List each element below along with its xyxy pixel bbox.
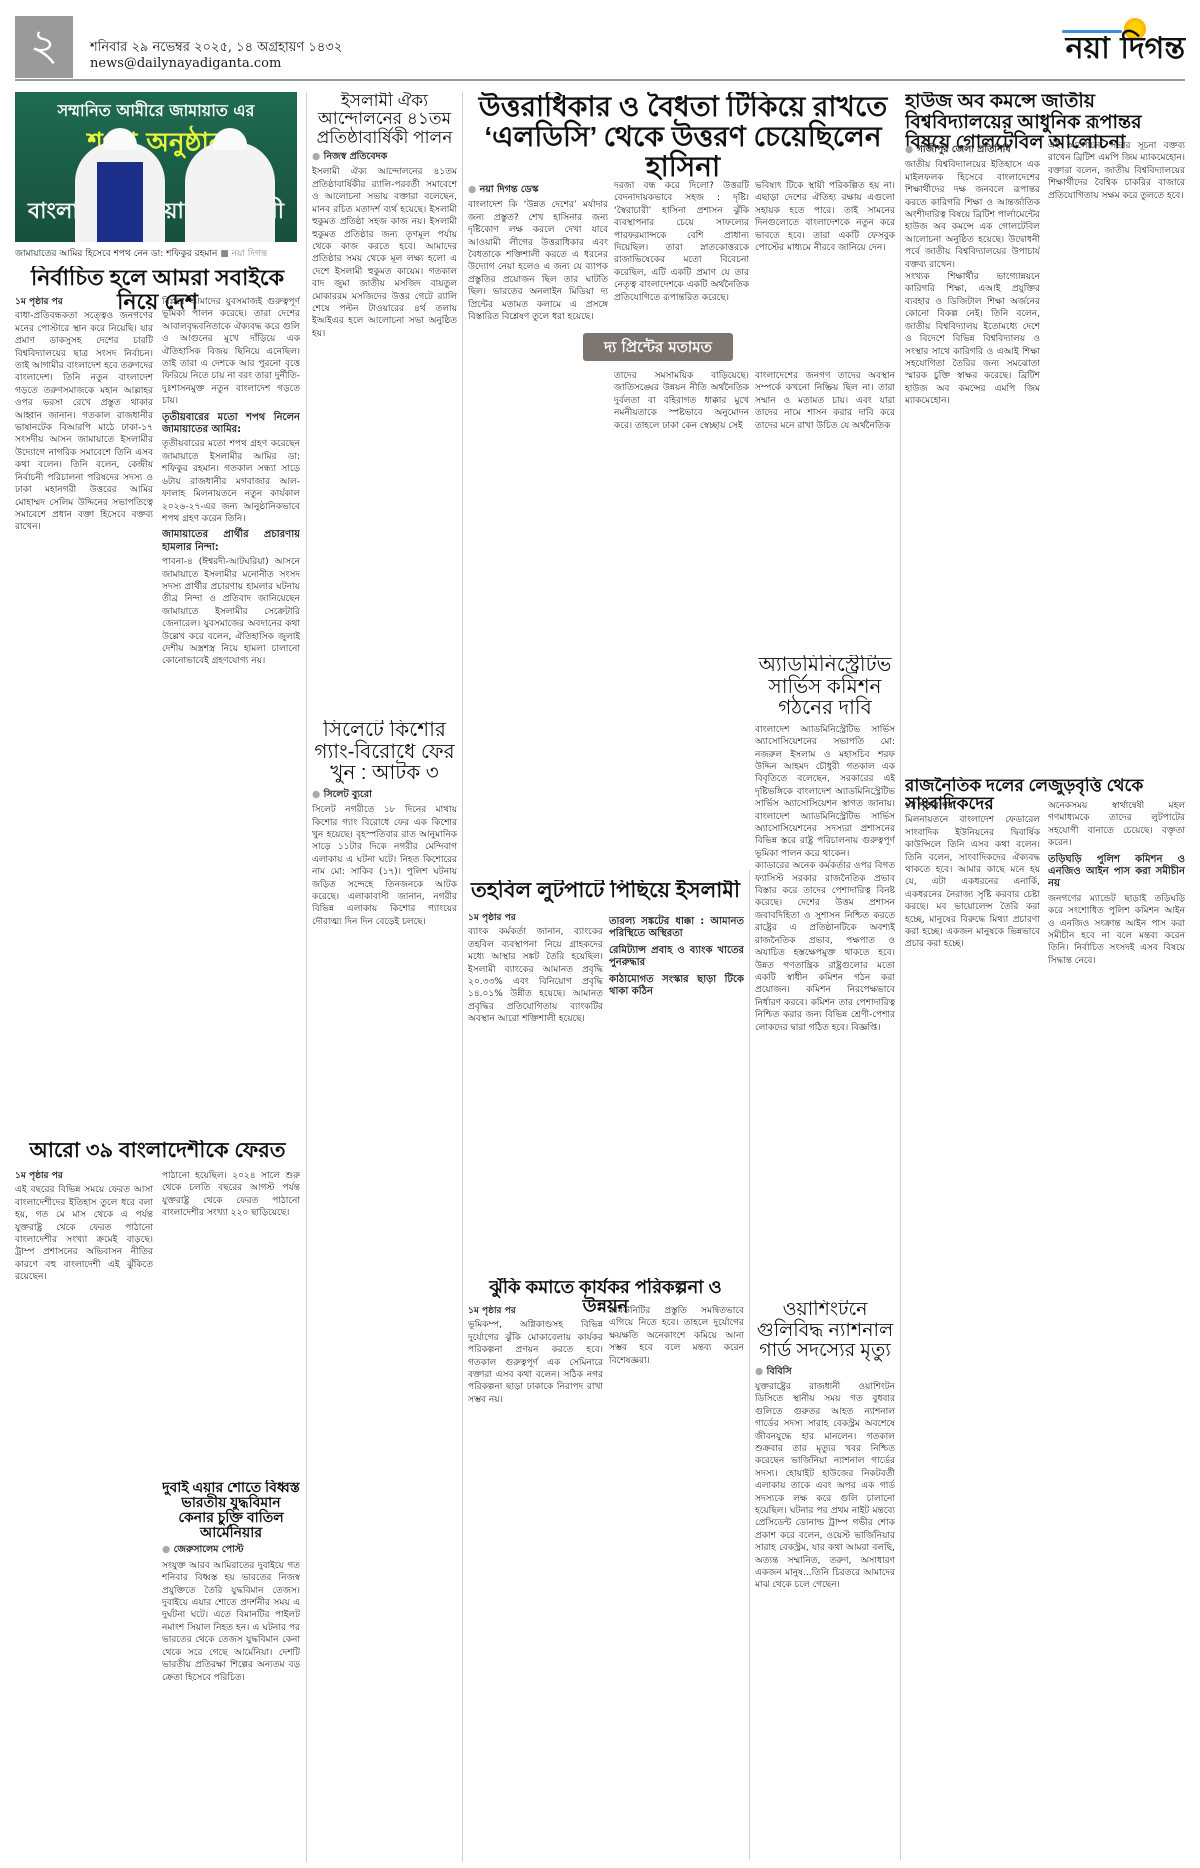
body-text: বাধা-প্রতিবন্ধকতা সত্ত্বেও জনগণের মনের প… (15, 310, 153, 533)
column-divider (749, 870, 750, 1860)
article-ldc[interactable]: উত্তরাধিকার ও বৈধতা টিকিয়ে রাখতে ‘এলডিস… (468, 92, 898, 183)
article-tohobil-col1: ১ম পৃষ্ঠার পর ব্যাংক কর্মকর্তা জানান, ব্… (468, 912, 603, 1267)
body-text: সিলেট নগরীতে ১৮ দিনের মাথায় কিশোর গ্যাং… (312, 804, 457, 928)
column-divider (306, 92, 307, 1862)
headline[interactable]: দুবাই এয়ার শোতে বিধ্বস্ত ভারতীয় যুদ্ধব… (162, 1480, 300, 1540)
body-text: কমিউনিটির প্রস্তুতি সমন্বিতভাবে এগিয়ে ন… (609, 1305, 744, 1367)
article-ldc-col3b: বাংলাদেশের জনগণ তাদের অবস্থান সম্পর্কে ক… (755, 370, 895, 650)
article-sangbadik-col2: অনেকসময় স্বার্থান্বেষী মহল গণমাধ্যমকে ত… (1048, 800, 1185, 1860)
body-text: বাংলাদেশের জনগণ তাদের অবস্থান সম্পর্কে ক… (755, 370, 895, 432)
body-text: সংযুক্ত আরব আমিরাতের দুবাইয়ে গত শনিবার … (162, 1560, 300, 1684)
article-admin-service[interactable]: অ্যাডমিনিস্ট্রেটিভ সার্ভিস কমিশন গঠনের দ… (755, 655, 895, 1295)
article-tohobil-col2: তারল্য সঙ্কটের ধাক্কা : আমানত পরিস্থিতে … (609, 912, 744, 1267)
byline: নিজস্ব প্রতিবেদক (312, 151, 457, 163)
subhead: তৃতীয়বারের মতো শপথ নিলেন জামায়াতের আমি… (162, 412, 300, 437)
byline: জেরুসালেম পোস্ট (162, 1544, 300, 1556)
body-text: এই বছরের বিভিন্ন সময়ে ফেরত আসা বাংলাদেশ… (15, 1184, 153, 1283)
subhead: রেমিট্যান্স প্রবাহ ও ব্যাংক খাতের পুনরুদ… (609, 945, 744, 970)
body-text: ব্যাংক কর্মকর্তা জানান, ব্যাংকের তহবিল ব… (468, 926, 603, 1025)
headline[interactable]: ওয়াশিংটনে গুলিবিদ্ধ ন্যাশনাল গার্ড সদস্… (755, 1300, 895, 1362)
headline[interactable]: সিলেটে কিশোর গ্যাং-বিরোধে ফের খুন : আটক … (312, 720, 457, 785)
article-islami-oikya[interactable]: ইসলামী ঐক্য আন্দোলনের ৪১তম প্রতিষ্ঠাবার্… (312, 92, 457, 712)
article-sangbadik-col1: ১ম পৃষ্ঠার পর মিলনায়তনে বাংলাদেশ ফেডারে… (905, 800, 1040, 1860)
body-text: তৃতীয়বারের মতো শপথ গ্রহণ করেছেন জামায়া… (162, 438, 300, 525)
kicker: ১ম পৃষ্ঠার পর (15, 1170, 153, 1182)
article-tejas[interactable]: দুবাই এয়ার শোতে বিধ্বস্ত ভারতীয় যুদ্ধব… (162, 1480, 300, 1860)
article-ldc-col3: ভবিষ্যৎ টিকে স্থায়ী পরিকল্পিত হয় না। এ… (755, 180, 895, 360)
article-ferot-col1: ১ম পৃষ্ঠার পর এই বছরের বিভিন্ন সময়ে ফের… (15, 1170, 153, 1860)
article-hoc-col2: এই আলোচনা সভার সূচনা বক্তব্য রাখেন ব্রিট… (1048, 140, 1185, 765)
headline[interactable]: আরো ৩৯ বাংলাদেশীকে ফেরত (15, 1140, 300, 1163)
body-text: জাতীয় বিশ্ববিদ্যালয়ের ইতিহাসে এক মাইলফ… (905, 159, 1040, 271)
article-ldc-col1: নয়া দিগন্ত ডেস্ক বাংলাদেশ কি ‘উন্নত দেশ… (468, 180, 608, 840)
body-text: সংখ্যক শিক্ষার্থীর ভাগ্যোন্নয়নে কারিগরি… (905, 271, 1040, 407)
body-text: বাংলাদেশ অ্যাডমিনিস্ট্রেটিভ সার্ভিস অ্যা… (755, 724, 895, 860)
photo-banner-line1: সম্মানিত আমীরে জামায়াত এর (15, 98, 297, 125)
body-text: পাঠানো হয়েছিল। ২০২৪ সালে শুরু থেকে চলতি… (162, 1170, 300, 1220)
person-figure-left (75, 142, 165, 242)
byline: নয়া দিগন্ত ডেস্ক (468, 184, 608, 196)
lead-photo[interactable]: সম্মানিত আমীরে জামায়াত এর শপথ অনুষ্ঠান … (15, 92, 297, 242)
body-text: ক্যাডারের অনেক কর্মকর্তার ওপর বিগত ফ্যাস… (755, 860, 895, 1034)
body-text: ভবিষ্যৎ টিকে স্থায়ী পরিকল্পিত হয় না। এ… (755, 180, 895, 254)
headline[interactable]: ইসলামী ঐক্য আন্দোলনের ৪১তম প্রতিষ্ঠাবার্… (312, 92, 457, 147)
article-jhuki-col2: কমিউনিটির প্রস্তুতি সমন্বিতভাবে এগিয়ে ন… (609, 1305, 744, 1860)
logo-wave-icon (1062, 30, 1122, 33)
kicker: ১ম পৃষ্ঠার পর (468, 1305, 603, 1317)
article-jhuki-col1: ১ম পৃষ্ঠার পর ভূমিকম্প, অগ্নিকাণ্ডসহ বিভ… (468, 1305, 603, 1860)
body-text: দরজা বন্ধ করে দিলো? উত্তরটি বেদনাদায়কভা… (614, 180, 749, 304)
headline[interactable]: অ্যাডমিনিস্ট্রেটিভ সার্ভিস কমিশন গঠনের দ… (755, 655, 895, 720)
kicker: ১ম পৃষ্ঠার পর (15, 296, 153, 308)
article-ldc-col2b: তাদের সমসাময়িক বাড়িয়েছে। জাতিসঙ্ঘের উ… (614, 370, 749, 850)
subhead: কাঠামোগত সংস্কার ছাড়া টিকে থাকা কঠিন (609, 974, 744, 999)
subhead: তারল্য সঙ্কটের ধাক্কা : আমানত পরিস্থিতে … (609, 916, 744, 941)
page-number: ২ (15, 16, 73, 78)
headline[interactable]: তহবিল লুটপাটে পিছিয়ে ইসলামী (468, 880, 743, 903)
byline: গাজীপুর জেলা প্রতিনিধি (905, 144, 1040, 156)
body-text: ভূমিকম্প, অগ্নিকাণ্ডসহ বিভিন্ন দুর্যোগের… (468, 1319, 603, 1406)
person-figure-right (185, 142, 275, 242)
byline: বিবিসি (755, 1366, 895, 1378)
article-nirbachito-col1: ১ম পৃষ্ঠার পর বাধা-প্রতিবন্ধকতা সত্ত্বেও… (15, 296, 153, 1116)
body-text: বাংলাদেশ কি ‘উন্নত দেশের’ মর্যাদার জন্য … (468, 199, 608, 323)
body-text: পাবনা-৪ (ঈশ্বরদী-আটঘরিয়া) আসনে জামায়াত… (162, 556, 300, 668)
body-text: মিলনায়তনে বাংলাদেশ ফেডারেল সাংবাদিক ইউন… (905, 814, 1040, 950)
article-washington[interactable]: ওয়াশিংটনে গুলিবিদ্ধ ন্যাশনাল গার্ড সদস্… (755, 1300, 895, 1860)
body-text: জনগণের ম্যান্ডেট ছাড়াই তড়িঘড়ি করে সংশ… (1048, 893, 1185, 967)
article-nirbachito-col2: বিপ্লবে আমাদের যুবসমাজই গুরুত্বপূর্ণ ভূম… (162, 296, 300, 1116)
newspaper-logo[interactable]: নয়া দিগন্ত (1066, 24, 1185, 75)
body-text: অনেকসময় স্বার্থান্বেষী মহল গণমাধ্যমকে ত… (1048, 800, 1185, 850)
header-rule (15, 79, 1185, 81)
article-ferot[interactable]: আরো ৩৯ বাংলাদেশীকে ফেরত (15, 1140, 300, 1163)
article-tohobil[interactable]: তহবিল লুটপাটে পিছিয়ে ইসলামী (468, 880, 743, 903)
headline[interactable]: উত্তরাধিকার ও বৈধতা টিকিয়ে রাখতে ‘এলডিস… (468, 92, 898, 183)
caption-source: ■ নয়া দিগন্ত (220, 249, 267, 259)
masthead: ২ শনিবার ২৯ নভেম্বর ২০২৫, ১৪ অগ্রহায়ণ ১… (0, 0, 1200, 80)
body-text: এই আলোচনা সভার সূচনা বক্তব্য রাখেন ব্রিট… (1048, 140, 1185, 202)
contact-email[interactable]: news@dailynayadiganta.com (90, 56, 281, 71)
column-divider (900, 170, 901, 1860)
article-sylhet[interactable]: সিলেটে কিশোর গ্যাং-বিরোধে ফের খুন : আটক … (312, 720, 457, 1860)
column-divider (462, 92, 463, 1862)
opinion-label-box: দ্য প্রিন্টের মতামত (583, 333, 733, 361)
kicker: ১ম পৃষ্ঠার পর (905, 800, 1040, 812)
photo-caption: জামায়াতের আমির হিসেবে শপথ নেন ডা: শফিকু… (15, 246, 300, 261)
body-text: তাদের সমসাময়িক বাড়িয়েছে। জাতিসঙ্ঘের উ… (614, 370, 749, 432)
byline: সিলেট ব্যুরো (312, 789, 457, 801)
body-text: ইসলামী ঐক্য আন্দোলনের ৪১তম প্রতিষ্ঠাবার্… (312, 166, 457, 340)
subhead: জামায়াতের প্রার্থীর প্রচারণায় হামলার ন… (162, 529, 300, 554)
body-text: বিপ্লবে আমাদের যুবসমাজই গুরুত্বপূর্ণ ভূম… (162, 296, 300, 408)
article-hoc-col1: গাজীপুর জেলা প্রতিনিধি জাতীয় বিশ্ববিদ্য… (905, 140, 1040, 765)
kicker: ১ম পৃষ্ঠার পর (468, 912, 603, 924)
article-ferot-col2: পাঠানো হয়েছিল। ২০২৪ সালে শুরু থেকে চলতি… (162, 1170, 300, 1470)
subhead: তড়িঘড়ি পুলিশ কমিশন ও এনজিও আইন পাস করা… (1048, 854, 1185, 891)
article-ldc-col2: দরজা বন্ধ করে দিলো? উত্তরটি বেদনাদায়কভা… (614, 180, 749, 330)
body-text: যুক্তরাষ্ট্রের রাজধানী ওয়াশিংটন ডিসিতে … (755, 1381, 895, 1592)
